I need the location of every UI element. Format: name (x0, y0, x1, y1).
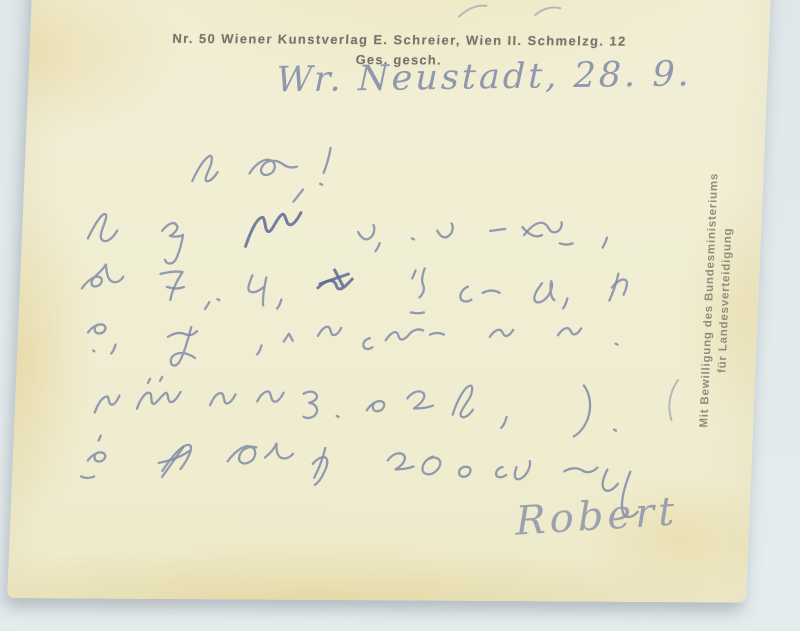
shorthand-line-4 (94, 376, 678, 437)
shorthand-line-2 (81, 264, 628, 314)
cropped-strokes-top (459, 5, 560, 17)
shorthand-line-3 (87, 301, 619, 368)
shorthand-salutation (192, 147, 330, 185)
postcard-back: Nr. 50 Wiener Kunstverlag E. Schreier, W… (7, 0, 772, 603)
shorthand-line-1 (87, 188, 609, 266)
postcard-photo: Nr. 50 Wiener Kunstverlag E. Schreier, W… (0, 0, 800, 631)
